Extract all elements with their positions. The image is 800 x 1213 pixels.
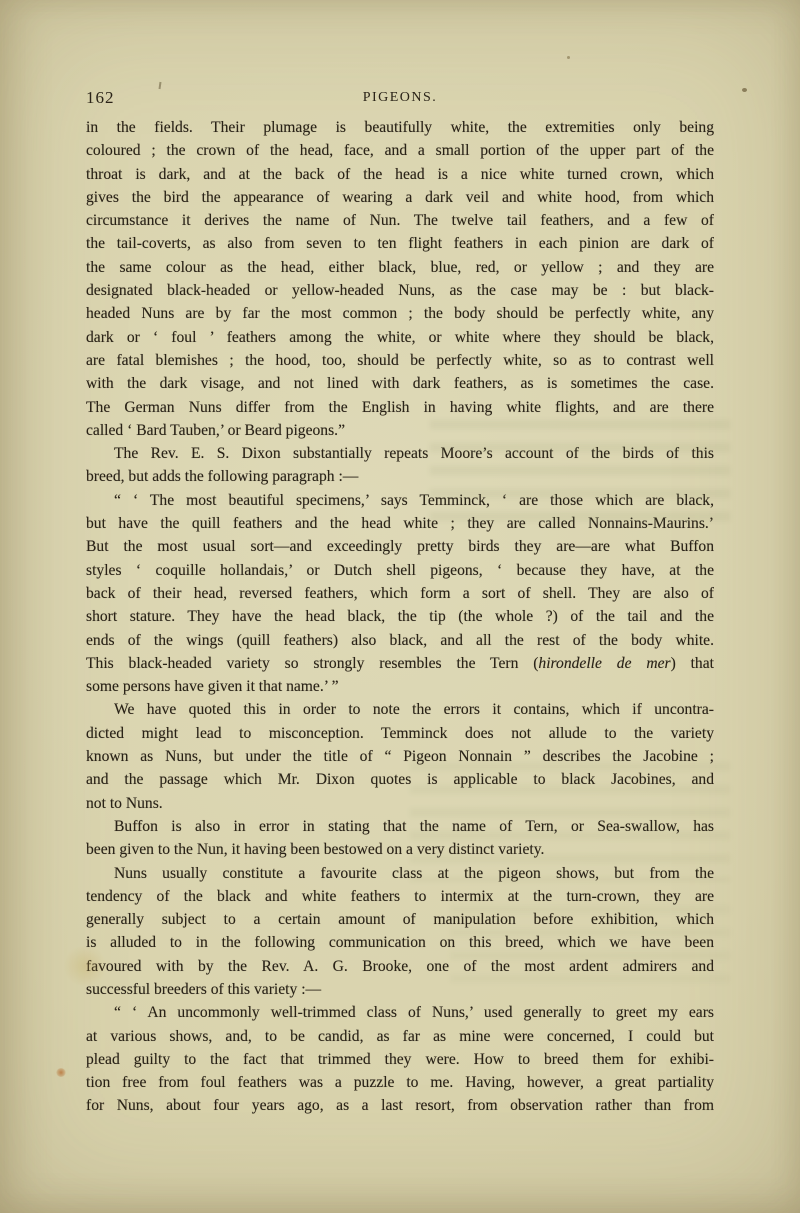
running-title: PIGEONS. <box>86 90 714 106</box>
text-line: short stature. They have the head black,… <box>86 605 714 628</box>
text-line: and the passage which Mr. Dixon quotes i… <box>86 768 714 791</box>
text-line: at various shows, and, to be candid, as … <box>86 1025 714 1048</box>
text-line: “ ‘ An uncommonly well-trimmed class of … <box>86 1001 714 1024</box>
text-line: coloured ; the crown of the head, face, … <box>86 139 714 162</box>
text-line: tion free from foul feathers was a puzzl… <box>86 1071 714 1094</box>
text-line: tendency of the black and white feathers… <box>86 885 714 908</box>
text-line: The German Nuns differ from the English … <box>86 396 714 419</box>
text-block: in the fields. Their plumage is beautifu… <box>86 116 714 1118</box>
text-line: But the most usual sort—and exceedingly … <box>86 535 714 558</box>
text-line: some persons have given it that name.’ ” <box>86 675 714 698</box>
text-line: “ ‘ The most beautiful specimens,’ says … <box>86 489 714 512</box>
page-header: 162 PIGEONS. <box>86 88 714 110</box>
text-line: breed, but adds the following paragraph … <box>86 465 714 488</box>
text-line: designated black-headed or yellow-headed… <box>86 279 714 302</box>
text-line: This black-headed variety so strongly re… <box>86 652 714 675</box>
text-line: been given to the Nun, it having been be… <box>86 838 714 861</box>
text-line: Buffon is also in error in stating that … <box>86 815 714 838</box>
text-line: headed Nuns are by far the most common ;… <box>86 302 714 325</box>
text-line: the same colour as the head, either blac… <box>86 256 714 279</box>
text-line: dark or ‘ foul ’ feathers among the whit… <box>86 326 714 349</box>
text-line: but have the quill feathers and the head… <box>86 512 714 535</box>
text-line: generally subject to a certain amount of… <box>86 908 714 931</box>
text-line: plead guilty to the fact that trimmed th… <box>86 1048 714 1071</box>
text-line: Nuns usually constitute a favourite clas… <box>86 862 714 885</box>
text-line: dicted might lead to misconception. Temm… <box>86 722 714 745</box>
text-line: We have quoted this in order to note the… <box>86 698 714 721</box>
text-line: is alluded to in the following communica… <box>86 931 714 954</box>
book-page: 162 PIGEONS. in the fields. Their plumag… <box>0 0 800 1213</box>
text-line: not to Nuns. <box>86 792 714 815</box>
text-line: styles ‘ coquille hollandais,’ or Dutch … <box>86 559 714 582</box>
text-line: with the dark visage, and not lined with… <box>86 372 714 395</box>
text-line: are fatal blemishes ; the hood, too, sho… <box>86 349 714 372</box>
text-line: back of their head, reversed feathers, w… <box>86 582 714 605</box>
text-line: throat is dark, and at the back of the h… <box>86 163 714 186</box>
text-line: circumstance it derives the name of Nun.… <box>86 209 714 232</box>
text-line: ends of the wings (quill feathers) also … <box>86 629 714 652</box>
paper-speck <box>567 56 570 59</box>
text-line: gives the bird the appearance of wearing… <box>86 186 714 209</box>
text-line: in the fields. Their plumage is beautifu… <box>86 116 714 139</box>
text-line: successful breeders of this variety :— <box>86 978 714 1001</box>
text-line: the tail-coverts, as also from seven to … <box>86 232 714 255</box>
paper-speck <box>742 88 747 92</box>
text-line: The Rev. E. S. Dixon substantially repea… <box>86 442 714 465</box>
rust-stain <box>56 1068 66 1077</box>
text-line: known as Nuns, but under the title of “ … <box>86 745 714 768</box>
text-line: called ‘ Bard Tauben,’ or Beard pigeons.… <box>86 419 714 442</box>
text-line: favoured with by the Rev. A. G. Brooke, … <box>86 955 714 978</box>
text-line: for Nuns, about four years ago, as a las… <box>86 1094 714 1117</box>
